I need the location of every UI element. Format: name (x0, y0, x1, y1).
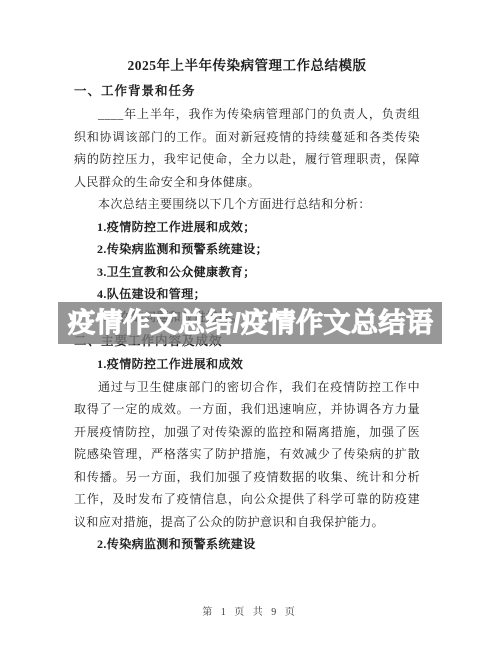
section-1-heading: 一、工作背景和任务 (74, 80, 420, 103)
watermark-banner-text: 疫情作文总结/疫情作文总结语 (58, 302, 442, 344)
section-2-sub-2-heading: 2.传染病监测和预警系统建设 (74, 533, 420, 556)
list-item-3: 3.卫生宣教和公众健康教育； (74, 261, 420, 284)
section-1-paragraph-2: 本次总结主要围绕以下几个方面进行总结和分析： (74, 193, 420, 216)
document-title: 2025年上半年传染病管理工作总结模版 (74, 54, 420, 78)
section-1-paragraph-1: ____年上半年，我作为传染病管理部门的负责人，负责组织和协调该部门的工作。面对… (74, 103, 420, 193)
page-number-footer: 第 1 页 共 9 页 (0, 603, 500, 618)
watermark-banner: 疫情作文总结/疫情作文总结语 (58, 302, 442, 344)
list-item-2: 2.传染病监测和预警系统建设； (74, 238, 420, 261)
list-item-1: 1.疫情防控工作进展和成效； (74, 216, 420, 239)
section-2-sub-1-paragraph: 通过与卫生健康部门的密切合作，我们在疫情防控工作中取得了一定的成效。一方面，我们… (74, 376, 420, 534)
section-2-sub-1-heading: 1.疫情防控工作进展和成效 (74, 353, 420, 376)
document-page: 2025年上半年传染病管理工作总结模版 一、工作背景和任务 ____年上半年，我… (0, 0, 500, 647)
document-body: 2025年上半年传染病管理工作总结模版 一、工作背景和任务 ____年上半年，我… (0, 0, 500, 556)
